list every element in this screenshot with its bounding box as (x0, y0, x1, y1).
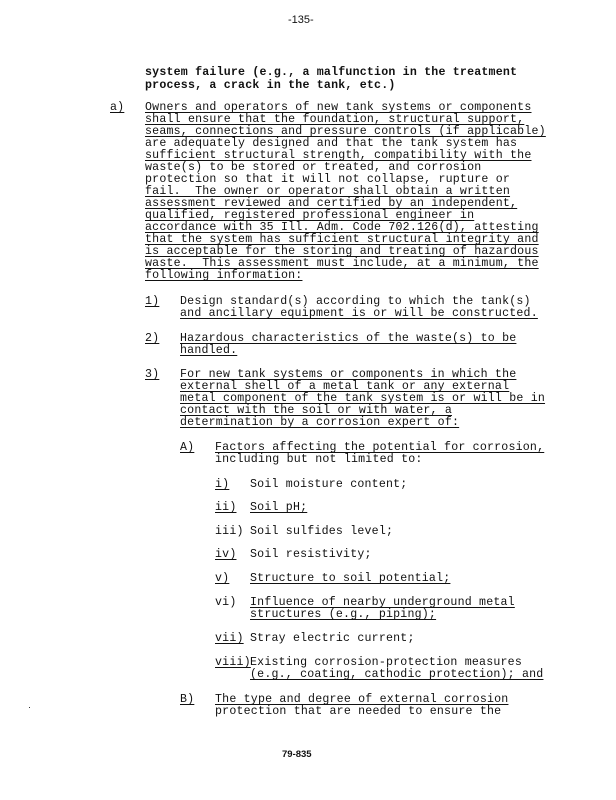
factor-label: v) (215, 573, 229, 585)
factor-label: vi) (215, 597, 236, 609)
intro-line: process, a crack in the tank, etc.) (145, 80, 396, 92)
factor-line: Soil pH; (250, 502, 307, 514)
factor-line: Stray electric current; (250, 633, 415, 645)
factor-line: structures (e.g., piping); (250, 609, 436, 621)
item-line: handled. (180, 345, 237, 357)
factor-label: iii) (215, 526, 244, 538)
sub-item-label: B) (180, 694, 194, 706)
item-line: determination by a corrosion expert of: (180, 417, 459, 429)
footer-code: 79-835 (282, 749, 312, 760)
section-a-line: following information: (145, 270, 302, 282)
section-a-label: a) (110, 102, 124, 114)
item-label: 1) (145, 296, 159, 308)
sub-item-label: A) (180, 442, 194, 454)
scan-speck (29, 707, 30, 708)
factor-label: iv) (215, 549, 236, 561)
document-page: -135- system failure (e.g., a malfunctio… (0, 0, 616, 800)
item-line: and ancillary equipment is or will be co… (180, 308, 538, 320)
factor-line: Soil resistivity; (250, 549, 372, 561)
sub-item-line: protection that are needed to ensure the (215, 706, 501, 718)
factor-line: Soil moisture content; (250, 479, 407, 491)
factor-line: (e.g., coating, cathodic protection); an… (250, 669, 543, 681)
factor-line: Structure to soil potential; (250, 573, 450, 585)
intro-line: system failure (e.g., a malfunction in t… (145, 67, 517, 79)
factor-label: i) (215, 479, 229, 491)
item-label: 2) (145, 333, 159, 345)
factor-label: vii) (215, 633, 244, 645)
item-label: 3) (145, 369, 159, 381)
page-number: -135- (288, 14, 314, 26)
factor-label: viii) (215, 657, 251, 669)
sub-item-line: including but not limited to: (215, 454, 423, 466)
factor-label: ii) (215, 502, 236, 514)
factor-line: Soil sulfides level; (250, 526, 393, 538)
